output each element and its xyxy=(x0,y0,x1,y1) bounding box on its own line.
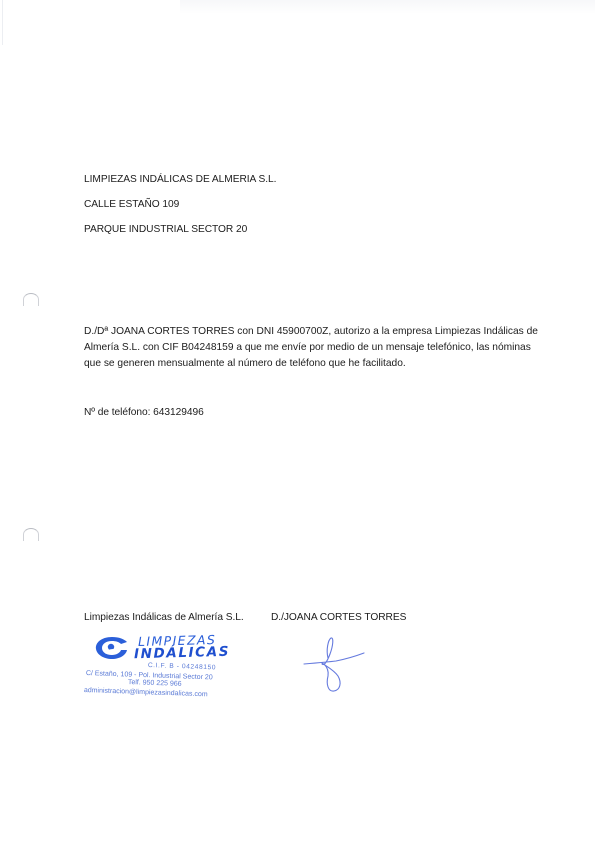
scan-shade xyxy=(180,0,595,14)
paragraph-line: D./Dª JOANA CORTES TORRES con DNI 459007… xyxy=(84,324,514,340)
stamp-brand-line-2: INDÁLICAS xyxy=(134,644,230,663)
paragraph-line: que se generen mensualmente al número de… xyxy=(84,356,514,372)
phone-number-line: Nº de teléfono: 643129496 xyxy=(84,407,204,418)
punch-hole-mark xyxy=(23,293,39,306)
company-signature-label: Limpiezas Indálicas de Almería S.L. xyxy=(84,612,244,623)
company-stamp: LIMPIEZAS INDÁLICAS C.I.F. B - 04248150 … xyxy=(84,632,254,704)
recipient-area: PARQUE INDUSTRIAL SECTOR 20 xyxy=(84,224,247,235)
stamp-email: administracion@limpiezasindalicas.com xyxy=(84,687,208,698)
company-logo-icon xyxy=(92,634,132,662)
punch-hole-mark xyxy=(23,528,39,541)
recipient-street: CALLE ESTAÑO 109 xyxy=(84,199,179,210)
employee-signature-label: D./JOANA CORTES TORRES xyxy=(271,612,406,623)
authorization-paragraph: D./Dª JOANA CORTES TORRES con DNI 459007… xyxy=(84,324,514,372)
recipient-company: LIMPIEZAS INDÁLICAS DE ALMERIA S.L. xyxy=(84,174,276,185)
scan-edge xyxy=(2,0,3,45)
handwritten-signature xyxy=(298,636,368,696)
stamp-cif: C.I.F. B - 04248150 xyxy=(148,662,216,671)
stamp-phone: Telf. 950 225 966 xyxy=(128,679,182,688)
paragraph-line: Almería S.L. con CIF B04248159 a que me … xyxy=(84,340,514,356)
document-page: LIMPIEZAS INDÁLICAS DE ALMERIA S.L. CALL… xyxy=(0,0,595,841)
